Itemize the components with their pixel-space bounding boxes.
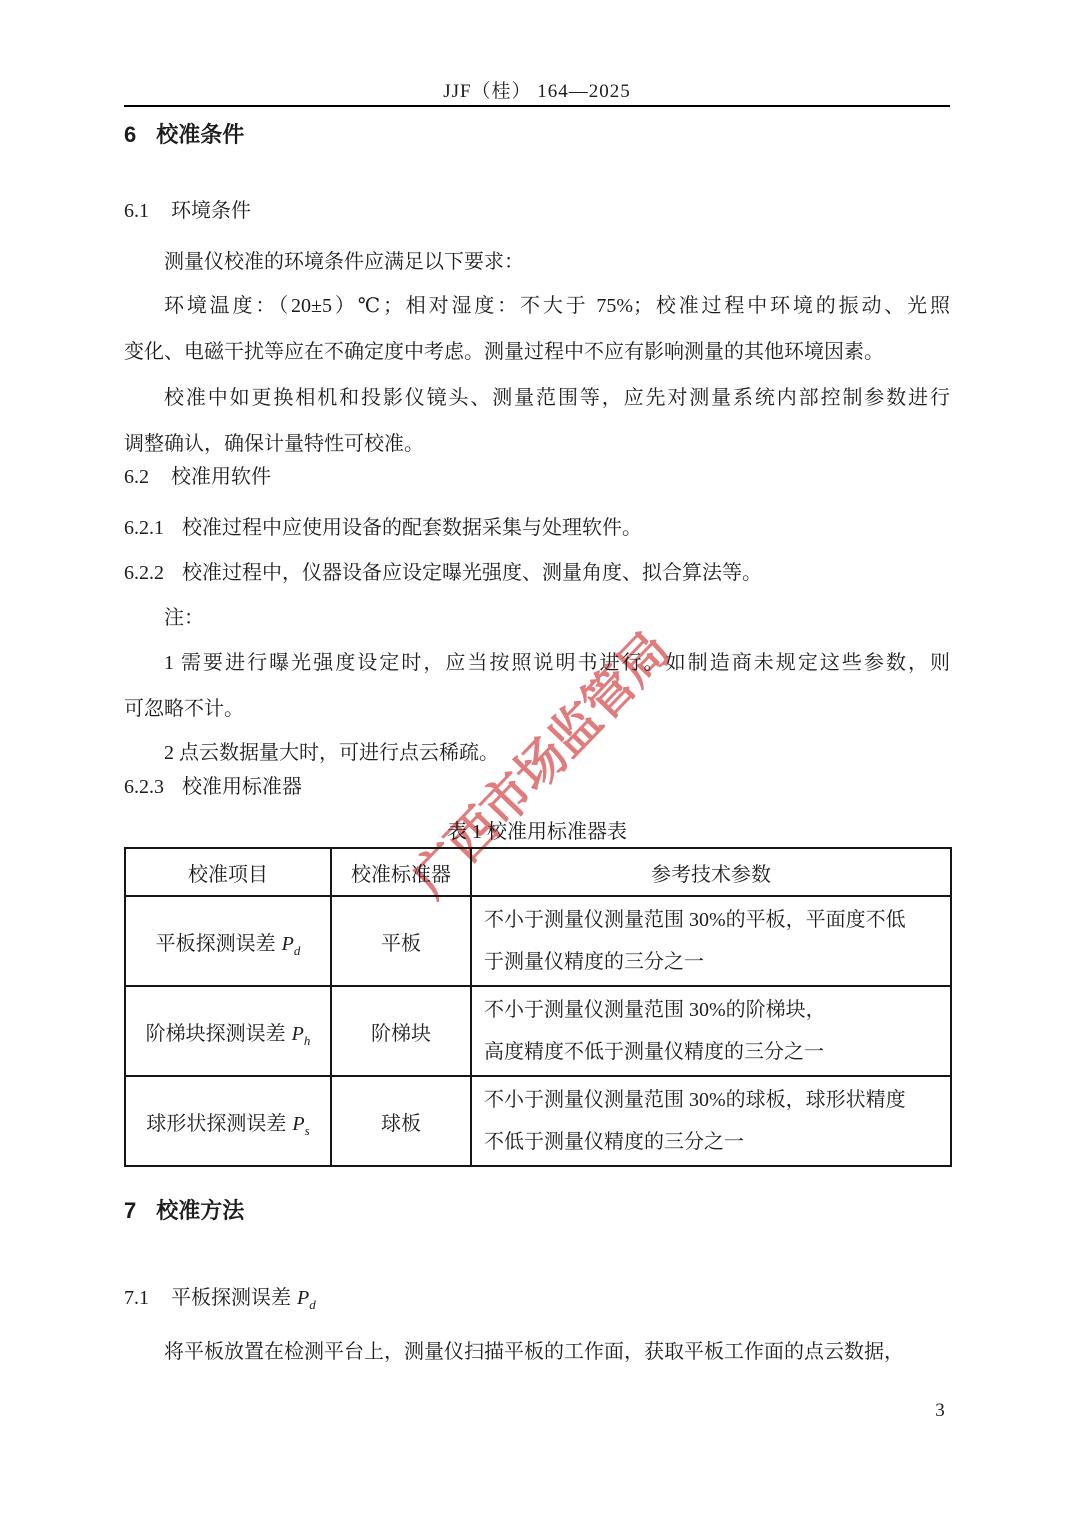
- symbol-P: P: [282, 933, 294, 955]
- symbol-P: P: [297, 1287, 309, 1309]
- section-6-2-3-number: 6.2.3: [124, 776, 164, 798]
- paragraph-adjust: 校准中如更换相机和投影仪镜头、测量范围等，应先对测量系统内部控制参数进行 调整确…: [124, 375, 950, 467]
- note-label: 注：: [124, 595, 950, 641]
- note-1-line-2: 可忽略不计。: [124, 686, 950, 732]
- table-row: 阶梯块探测误差Ph 阶梯块 不小于测量仪测量范围 30%的阶梯块， 高度精度不低…: [125, 986, 951, 1076]
- table-header-parameters: 参考技术参数: [471, 848, 951, 896]
- clause-6-2-1: 6.2.1校准过程中应使用设备的配套数据采集与处理软件。: [124, 505, 950, 551]
- page-content: JJF（桂） 164—2025 6校准条件 6.1环境条件 测量仪校准的环境条件…: [0, 0, 1074, 1520]
- cell-parameters-sphere-plate: 不小于测量仪测量范围 30%的球板，球形状精度 不低于测量仪精度的三分之一: [471, 1076, 951, 1166]
- clause-6-2-2: 6.2.2校准过程中，仪器设备应设定曝光强度、测量角度、拟合算法等。: [124, 550, 950, 596]
- document-header-title: JJF（桂） 164—2025: [124, 76, 950, 103]
- section-7-1-heading: 7.1平板探测误差Pd: [124, 1281, 950, 1310]
- cell-standard-step-block: 阶梯块: [331, 986, 471, 1076]
- symbol-subscript: h: [304, 1033, 311, 1048]
- symbol-P: P: [292, 1113, 304, 1135]
- section-6-2-number: 6.2: [124, 466, 149, 488]
- paragraph-environment-line-2: 变化、电磁干扰等应在不确定度中考虑。测量过程中不应有影响测量的其他环境因素。: [124, 329, 950, 375]
- table-1: 校准项目 校准标准器 参考技术参数 平板探测误差Pd 平板 不小于测量仪测量范围…: [124, 847, 952, 1167]
- section-6-1-number: 6.1: [124, 200, 149, 222]
- symbol-subscript: s: [305, 1123, 310, 1138]
- cell-parameters-line-2: 高度精度不低于测量仪精度的三分之一: [484, 1031, 942, 1073]
- table-row: 球形状探测误差Ps 球板 不小于测量仪测量范围 30%的球板，球形状精度 不低于…: [125, 1076, 951, 1166]
- table-header-item: 校准项目: [125, 848, 331, 896]
- cell-parameters-step-block: 不小于测量仪测量范围 30%的阶梯块， 高度精度不低于测量仪精度的三分之一: [471, 986, 951, 1076]
- cell-parameters-line-1: 不小于测量仪测量范围 30%的球板，球形状精度: [484, 1079, 942, 1121]
- section-7-1-number: 7.1: [124, 1287, 149, 1309]
- section-7-title: 校准方法: [156, 1198, 244, 1223]
- paragraph-intro: 测量仪校准的环境条件应满足以下要求：: [124, 239, 950, 285]
- section-6-2-title: 校准用软件: [171, 466, 271, 488]
- header-rule: [124, 105, 950, 107]
- note-1-line-1: 1 需要进行曝光强度设定时，应当按照说明书进行。如制造商未规定这些参数，则: [124, 640, 950, 686]
- paragraph-environment: 环境温度：（20±5）℃；相对湿度：不大于 75%；校准过程中环境的振动、光照 …: [124, 283, 950, 375]
- cell-parameters-line-1: 不小于测量仪测量范围 30%的阶梯块，: [484, 989, 942, 1031]
- section-6-heading: 6校准条件: [124, 118, 950, 149]
- paragraph-environment-line-1: 环境温度：（20±5）℃；相对湿度：不大于 75%；校准过程中环境的振动、光照: [124, 283, 950, 329]
- clause-6-2-2-text: 校准过程中，仪器设备应设定曝光强度、测量角度、拟合算法等。: [182, 562, 762, 584]
- document-page: 广西市场监管局 JJF（桂） 164—2025 6校准条件 6.1环境条件 测量…: [0, 0, 1074, 1520]
- symbol-subscript: d: [309, 1297, 316, 1312]
- clause-6-2-1-text: 校准过程中应使用设备的配套数据采集与处理软件。: [182, 517, 642, 539]
- paragraph-method: 将平板放置在检测平台上，测量仪扫描平板的工作面，获取平板工作面的点云数据，: [124, 1329, 950, 1375]
- note-1: 1 需要进行曝光强度设定时，应当按照说明书进行。如制造商未规定这些参数，则 可忽…: [124, 640, 950, 732]
- cell-item-text: 球形状探测误差: [146, 1113, 286, 1135]
- cell-parameters-line-1: 不小于测量仪测量范围 30%的平板，平面度不低: [484, 899, 942, 941]
- section-7-number: 7: [124, 1198, 136, 1223]
- section-6-2-heading: 6.2校准用软件: [124, 460, 950, 489]
- cell-parameters-flat-plate: 不小于测量仪测量范围 30%的平板，平面度不低 于测量仪精度的三分之一: [471, 896, 951, 986]
- section-6-2-3-heading: 6.2.3校准用标准器: [124, 770, 950, 799]
- section-7-heading: 7校准方法: [124, 1194, 950, 1225]
- cell-standard-flat-plate: 平板: [331, 896, 471, 986]
- cell-item-sphere-plate: 球形状探测误差Ps: [125, 1076, 331, 1166]
- table-1-caption: 表 1 校准用标准器表: [124, 815, 950, 844]
- cell-parameters-line-2: 于测量仪精度的三分之一: [484, 941, 942, 983]
- cell-standard-sphere-plate: 球板: [331, 1076, 471, 1166]
- section-6-number: 6: [124, 122, 136, 147]
- symbol-P: P: [292, 1023, 304, 1045]
- section-7-1-title: 平板探测误差: [171, 1287, 291, 1309]
- table-row: 平板探测误差Pd 平板 不小于测量仪测量范围 30%的平板，平面度不低 于测量仪…: [125, 896, 951, 986]
- page-number: 3: [920, 1400, 960, 1422]
- section-6-title: 校准条件: [156, 122, 244, 147]
- clause-6-2-2-number: 6.2.2: [124, 562, 164, 584]
- clause-6-2-1-number: 6.2.1: [124, 517, 164, 539]
- paragraph-adjust-line-1: 校准中如更换相机和投影仪镜头、测量范围等，应先对测量系统内部控制参数进行: [124, 375, 950, 421]
- table-header-row: 校准项目 校准标准器 参考技术参数: [125, 848, 951, 896]
- symbol-subscript: d: [294, 943, 301, 958]
- table-header-standard: 校准标准器: [331, 848, 471, 896]
- section-6-2-3-title: 校准用标准器: [182, 776, 302, 798]
- cell-item-text: 平板探测误差: [156, 933, 276, 955]
- cell-parameters-line-2: 不低于测量仪精度的三分之一: [484, 1121, 942, 1163]
- section-6-1-title: 环境条件: [171, 200, 251, 222]
- cell-item-flat-plate: 平板探测误差Pd: [125, 896, 331, 986]
- cell-item-step-block: 阶梯块探测误差Ph: [125, 986, 331, 1076]
- cell-item-text: 阶梯块探测误差: [146, 1023, 286, 1045]
- section-6-1-heading: 6.1环境条件: [124, 194, 950, 223]
